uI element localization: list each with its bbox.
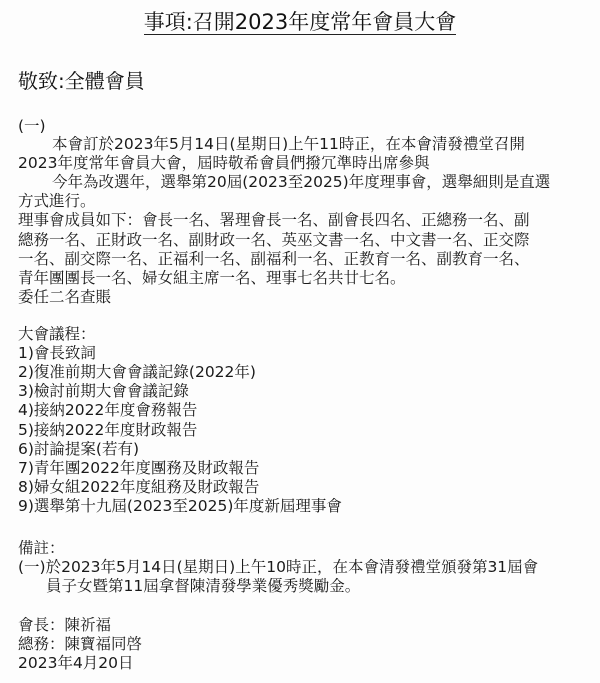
- remarks-heading: 備註：: [18, 538, 65, 558]
- signature-president: 會長：陳祈福: [18, 615, 111, 635]
- agenda-item: 5)接納2022年度財政報告: [18, 420, 197, 440]
- signature-secretary: 總務：陳寶福同啓: [18, 634, 142, 654]
- remarks-line: (一)於2023年5月14日(星期日)上午10時正，在本會清發禮堂頒發第31屆會: [18, 557, 538, 577]
- paragraph-line: 今年為改選年，選舉第20屆(2023至2025)年度理事會，選舉細則是直選: [52, 172, 550, 192]
- agenda-item: 8)婦女組2022年度組務及財政報告: [18, 477, 259, 497]
- paragraph-line: 一名、副交際一名、正福利一名、副福利一名、正教育一名、副教育一名、: [18, 249, 530, 269]
- paragraph-line: 委任二名查賬: [18, 287, 111, 307]
- agenda-item: 2)復准前期大會會議記錄(2022年): [18, 362, 256, 382]
- agenda-heading: 大會議程：: [18, 324, 96, 344]
- title-text: 事項:召開2023年度常年會員大會: [144, 10, 457, 35]
- agenda-item: 7)青年團2022年度團務及財政報告: [18, 458, 259, 478]
- section-marker: (一): [18, 116, 46, 136]
- paragraph-line: 理事會成員如下：會長一名、署理會長一名、副會長四名、正總務一名、副: [18, 210, 530, 230]
- agenda-item: 9)選舉第十九屆(2023至2025)年度新屆理事會: [18, 496, 342, 516]
- salutation: 敬致:全體會員: [18, 65, 145, 94]
- agenda-item: 1)會長致詞: [18, 343, 96, 363]
- signature-date: 2023年4月20日: [18, 653, 134, 673]
- paragraph-line: 青年團團長一名、婦女組主席一名、理事七名共廿七名。: [18, 268, 406, 288]
- remarks-line: 員子女暨第11屆拿督陳清發學業優秀獎勵金。: [46, 576, 360, 596]
- paragraph-line: 2023年度常年會員大會，屆時敬希會員們撥冗準時出席參與: [18, 153, 429, 173]
- document-title: 事項:召開2023年度常年會員大會: [0, 6, 600, 36]
- paragraph-line: 本會訂於2023年5月14日(星期日)上午11時正，在本會清發禮堂召開: [52, 134, 525, 154]
- paragraph-line: 方式進行。: [18, 191, 96, 211]
- agenda-item: 6)討論提案(若有): [18, 439, 139, 459]
- agenda-item: 3)檢討前期大會會議記錄: [18, 381, 189, 401]
- agenda-item: 4)接納2022年度會務報告: [18, 400, 197, 420]
- paragraph-line: 總務一名、正財政一名、副財政一名、英巫文書一名、中文書一名、正交際: [18, 230, 530, 250]
- document-page: 事項:召開2023年度常年會員大會 敬致:全體會員 (一) 本會訂於2023年5…: [0, 0, 600, 683]
